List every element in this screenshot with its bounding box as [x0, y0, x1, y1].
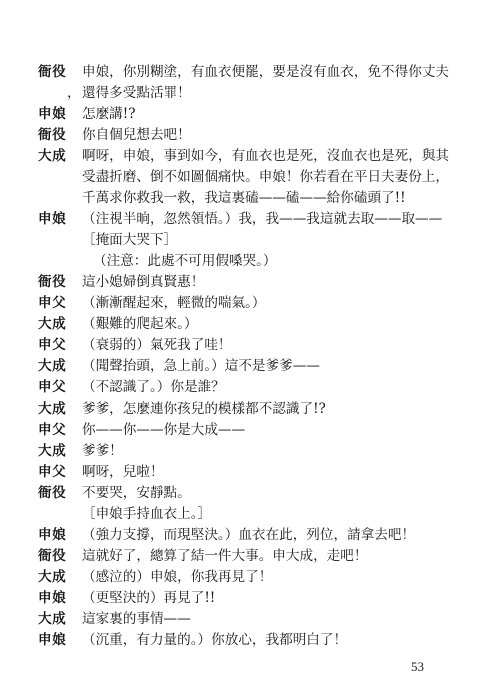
- speaker-label: 申父: [38, 377, 78, 398]
- dialogue-text: 你——你——你是大成——: [82, 420, 245, 441]
- stage-direction-text: ［掩面大哭下］: [82, 230, 177, 251]
- dialogue-line: 申娘 （強力支撐，而現堅決。）血衣在此，列位，請拿去吧！: [0, 525, 484, 546]
- script-body: 衙役 申娘，你別糊塗，有血衣便罷，要是沒有血衣，免不得你丈夫 ， 還得多受點活罪…: [0, 62, 484, 652]
- dialogue-text: 啊呀，兒啦！: [82, 462, 164, 483]
- dialogue-continuation: ， 還得多受點活罪！: [0, 83, 484, 104]
- dialogue-text: （衰弱的）氣死我了哇！: [82, 335, 232, 356]
- speaker-label: 大成: [38, 567, 78, 588]
- director-note: （注意：此處不可用假嗓哭。）: [0, 251, 484, 272]
- dialogue-text: 受盡折磨、倒不如圖個痛快。申娘！你若看在平日夫妻份上，: [82, 167, 449, 188]
- dialogue-text: （強力支撐，而現堅決。）血衣在此，列位，請拿去吧！: [82, 525, 415, 546]
- speaker-label: 大成: [38, 441, 78, 462]
- dialogue-text: 爹爹，怎麼連你孩兒的模樣都不認識了!?: [82, 399, 326, 420]
- dialogue-text: 這家裏的事情——: [82, 609, 191, 630]
- director-note-text: （注意：此處不可用假嗓哭。）: [93, 251, 277, 272]
- dialogue-line: 大成 爹爹！: [0, 441, 484, 462]
- speaker-label: 衙役: [38, 272, 78, 293]
- dialogue-line: 大成 （感泣的）申娘，你我再見了！: [0, 567, 484, 588]
- dialogue-text: （感泣的）申娘，你我再見了！: [82, 567, 272, 588]
- dialogue-line: 申父 （漸漸醒起來，輕微的喘氣。）: [0, 293, 484, 314]
- speaker-label: 大成: [38, 146, 78, 167]
- dialogue-text: 這小媳婦倒真賢惠！: [82, 272, 204, 293]
- dialogue-line: 申娘 （沉重，有力量的。）你放心，我都明白了！: [0, 630, 484, 651]
- dialogue-line: 申娘 （注視半晌，忽然領悟。）我，我——我這就去取——取——: [0, 209, 484, 230]
- stage-direction: ［申娘手持血衣上。］: [0, 504, 484, 525]
- dialogue-line: 申父 （衰弱的）氣死我了哇！: [0, 335, 484, 356]
- dialogue-text: 爹爹！: [82, 441, 123, 462]
- speaker-label: 申娘: [38, 630, 78, 651]
- dialogue-line: 申父 你——你——你是大成——: [0, 420, 484, 441]
- speaker-label: 衙役: [38, 125, 78, 146]
- stage-direction-text: ［申娘手持血衣上。］: [82, 504, 211, 525]
- dialogue-text: （漸漸醒起來，輕微的喘氣。）: [82, 293, 266, 314]
- dialogue-text: （聞聲抬頭，急上前。）這不是爹爹——: [82, 356, 320, 377]
- dialogue-line: 大成 （聞聲抬頭，急上前。）這不是爹爹——: [0, 356, 484, 377]
- dialogue-continuation: 千萬求你救我一救，我這裏磕——磕——給你磕頭了!!: [0, 188, 484, 209]
- dialogue-text: （沉重，有力量的。）你放心，我都明白了！: [82, 630, 347, 651]
- dialogue-text: 不要哭，安靜點。: [82, 483, 191, 504]
- speaker-label: 申父: [38, 335, 78, 356]
- speaker-label: 申父: [38, 462, 78, 483]
- dialogue-line: 衙役 這小媳婦倒真賢惠！: [0, 272, 484, 293]
- speaker-label: 申父: [38, 420, 78, 441]
- dialogue-line: 大成 爹爹，怎麼連你孩兒的模樣都不認識了!?: [0, 399, 484, 420]
- speaker-label: 大成: [38, 356, 78, 377]
- stage-direction: ［掩面大哭下］: [0, 230, 484, 251]
- speaker-label: 大成: [38, 399, 78, 420]
- dialogue-text: 這就好了，總算了結一件大事。申大成，走吧！: [82, 546, 367, 567]
- document-page: 衙役 申娘，你別糊塗，有血衣便罷，要是沒有血衣，免不得你丈夫 ， 還得多受點活罪…: [0, 0, 484, 690]
- dialogue-line: 申父 啊呀，兒啦！: [0, 462, 484, 483]
- dialogue-line: 衙役 申娘，你別糊塗，有血衣便罷，要是沒有血衣，免不得你丈夫: [0, 62, 484, 83]
- dialogue-line: 申娘 怎麼講!?: [0, 104, 484, 125]
- dialogue-text: 啊呀，申娘，事到如今，有血衣也是死，沒血衣也是死，與其: [82, 146, 449, 167]
- dialogue-line: 大成 啊呀，申娘，事到如今，有血衣也是死，沒血衣也是死，與其: [0, 146, 484, 167]
- speaker-label: 申娘: [38, 588, 78, 609]
- speaker-label: 大成: [38, 609, 78, 630]
- dialogue-line: 申娘 （更堅決的）再見了!!: [0, 588, 484, 609]
- speaker-label: 衙役: [38, 546, 78, 567]
- dialogue-text: 你自個兒想去吧！: [82, 125, 191, 146]
- dialogue-text: 千萬求你救我一救，我這裏磕——磕——給你磕頭了!!: [82, 188, 406, 209]
- dialogue-text: （更堅決的）再見了!!: [82, 588, 215, 609]
- page-number: 53: [411, 659, 424, 675]
- speaker-label: 大成: [38, 314, 78, 335]
- speaker-label: 申娘: [38, 104, 78, 125]
- dialogue-line: 申父 （不認識了。）你是誰？: [0, 377, 484, 398]
- stray-comma-mark: ，: [67, 83, 79, 104]
- speaker-label: 申娘: [38, 209, 78, 230]
- dialogue-line: 衙役 不要哭，安靜點。: [0, 483, 484, 504]
- dialogue-text: （不認識了。）你是誰？: [82, 377, 225, 398]
- dialogue-line: 大成 （艱難的爬起來。）: [0, 314, 484, 335]
- speaker-label: 申娘: [38, 525, 78, 546]
- speaker-label: 申父: [38, 293, 78, 314]
- dialogue-line: 衙役 你自個兒想去吧！: [0, 125, 484, 146]
- dialogue-line: 大成 這家裏的事情——: [0, 609, 484, 630]
- dialogue-text: 還得多受點活罪！: [82, 83, 191, 104]
- speaker-label: 衙役: [38, 62, 78, 83]
- dialogue-continuation: 受盡折磨、倒不如圖個痛快。申娘！你若看在平日夫妻份上，: [0, 167, 484, 188]
- dialogue-text: 申娘，你別糊塗，有血衣便罷，要是沒有血衣，免不得你丈夫: [82, 62, 449, 83]
- dialogue-text: 怎麼講!?: [82, 104, 136, 125]
- dialogue-text: （艱難的爬起來。）: [82, 314, 198, 335]
- speaker-label: 衙役: [38, 483, 78, 504]
- dialogue-line: 衙役 這就好了，總算了結一件大事。申大成，走吧！: [0, 546, 484, 567]
- dialogue-text: （注視半晌，忽然領悟。）我，我——我這就去取——取——: [82, 209, 442, 230]
